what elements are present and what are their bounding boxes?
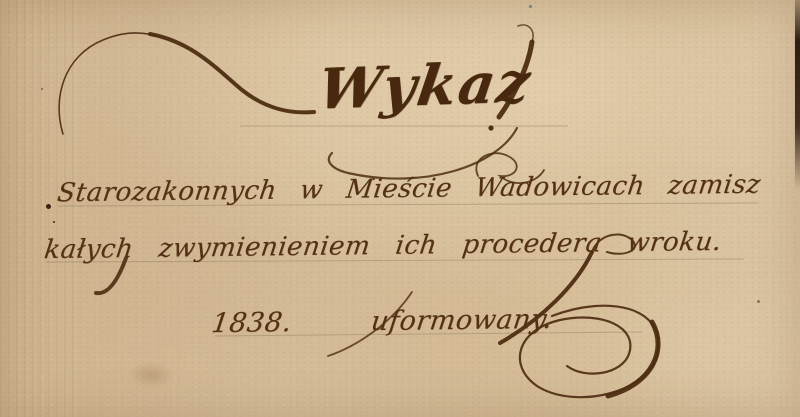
ink-speck — [529, 5, 532, 8]
word: wroku. — [625, 227, 723, 258]
ink-speck — [46, 204, 51, 209]
word: Mieście — [344, 173, 453, 204]
word: kałych — [43, 234, 136, 265]
word: ich — [394, 230, 439, 261]
closing-oval-flourish-thick — [608, 322, 658, 396]
ink-speck — [757, 300, 760, 303]
title-descender-swash — [329, 128, 517, 179]
text-line-3: 1838. uformowany. — [210, 304, 555, 339]
title-exclamation-dot — [488, 125, 493, 130]
word: zamisz — [666, 170, 762, 201]
word: Wadowicach — [473, 171, 646, 203]
scan-edge-shadow — [795, 0, 800, 190]
top-left-swash-flourish — [59, 33, 156, 134]
word: 1838. — [210, 307, 294, 339]
ink-speck — [53, 221, 55, 223]
text-line-1: Starozakonnych w Mieście Wadowicach zami… — [55, 170, 762, 209]
ink-smudge — [128, 362, 174, 388]
paper-fibre-texture — [0, 0, 78, 417]
word: w — [298, 175, 325, 205]
page-title: Wykaz — [295, 54, 554, 119]
text-line-2: kałych zwymienieniem ich procedera wroku… — [43, 227, 724, 265]
title-exclamation-hook — [518, 25, 533, 42]
word: uformowany. — [369, 304, 554, 337]
word: zwymienieniem — [157, 231, 372, 264]
word: procedera — [460, 228, 603, 260]
word: Starozakonnych — [55, 176, 278, 209]
top-left-swash-flourish-thick — [150, 34, 314, 112]
manuscript-page: Wykaz Starozakonnych w Mieście Wadowicac… — [0, 0, 800, 417]
ink-speck — [41, 88, 43, 90]
